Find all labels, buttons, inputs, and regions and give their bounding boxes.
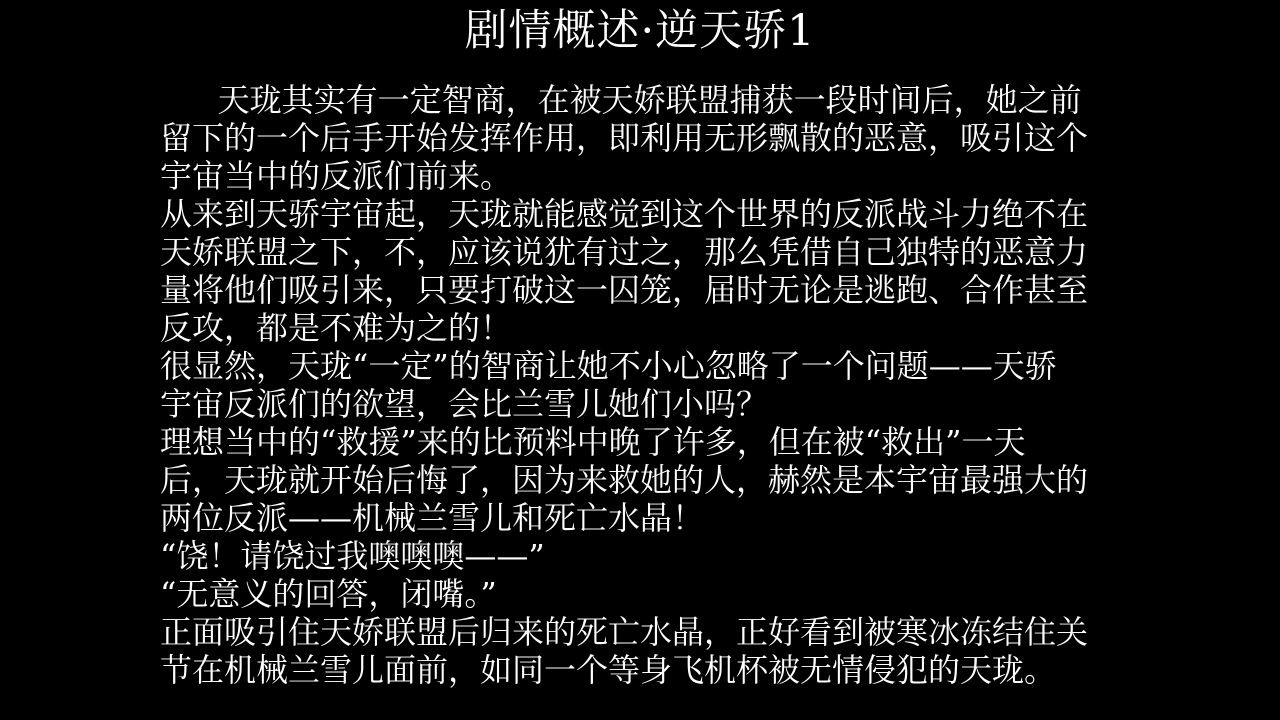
text-line: 从来到天骄宇宙起，天珑就能感觉到这个世界的反派战斗力绝不在 (160, 195, 1140, 233)
body-text: 天珑其实有一定智商，在被天娇联盟捕获一段时间后，她之前留下的一个后手开始发挥作用… (160, 81, 1140, 689)
text-line: 宇宙当中的反派们前来。 (160, 157, 1140, 195)
text-line: 节在机械兰雪儿面前，如同一个等身飞机杯被无情侵犯的天珑。 (160, 651, 1140, 689)
text-line: 两位反派——机械兰雪儿和死亡水晶！ (160, 499, 1140, 537)
text-line: 反攻，都是不难为之的！ (160, 309, 1140, 347)
text-line: 天娇联盟之下，不，应该说犹有过之，那么凭借自己独特的恶意力 (160, 233, 1140, 271)
text-line: 宇宙反派们的欲望，会比兰雪儿她们小吗？ (160, 385, 1140, 423)
slide: 剧情概述·逆天骄1 天珑其实有一定智商，在被天娇联盟捕获一段时间后，她之前留下的… (0, 0, 1280, 720)
page-title: 剧情概述·逆天骄1 (0, 0, 1280, 55)
text-line: 正面吸引住天娇联盟后归来的死亡水晶，正好看到被寒冰冻结住关 (160, 613, 1140, 651)
text-line: 天珑其实有一定智商，在被天娇联盟捕获一段时间后，她之前 (160, 81, 1140, 119)
text-line: 理想当中的“救援”来的比预料中晚了许多，但在被“救出”一天 (160, 423, 1140, 461)
text-line: “无意义的回答，闭嘴。” (160, 575, 1140, 613)
text-line: 很显然，天珑“一定”的智商让她不小心忽略了一个问题——天骄 (160, 347, 1140, 385)
text-line: 后，天珑就开始后悔了，因为来救她的人，赫然是本宇宙最强大的 (160, 461, 1140, 499)
text-line: 量将他们吸引来，只要打破这一囚笼，届时无论是逃跑、合作甚至 (160, 271, 1140, 309)
text-line: 留下的一个后手开始发挥作用，即利用无形飘散的恶意，吸引这个 (160, 119, 1140, 157)
text-line: “饶！请饶过我噢噢噢——” (160, 537, 1140, 575)
